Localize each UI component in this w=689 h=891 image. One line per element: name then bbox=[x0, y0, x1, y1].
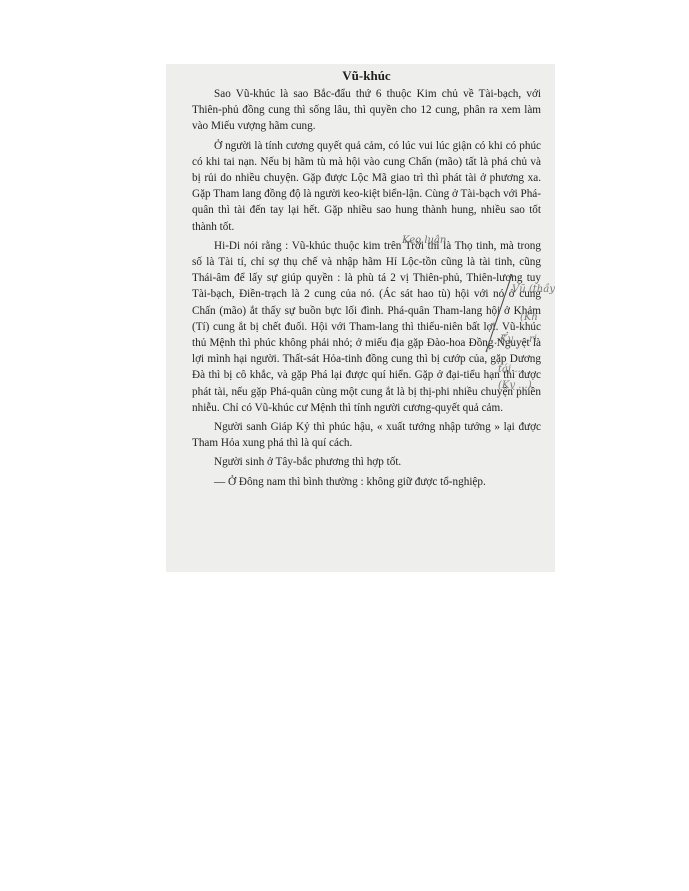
handwritten-margin-note-2: (Kh bbox=[520, 312, 538, 323]
paragraph-intro: Sao Vũ-khúc là sao Bắc-đẩu thứ 6 thuộc K… bbox=[192, 86, 541, 135]
paragraph-giap-ky: Người sanh Giáp Kỷ thì phúc hậu, « xuất … bbox=[192, 419, 541, 451]
paragraph-dong-nam: — Ở Đông nam thì bình thường : không giữ… bbox=[192, 474, 541, 490]
page-title: Vũ-khúc bbox=[192, 68, 541, 84]
paragraph-tay-bac: Người sinh ở Tây-bắc phương thì hợp tốt. bbox=[192, 454, 541, 470]
handwritten-margin-note-4: tái ... bbox=[498, 364, 524, 375]
handwritten-inline-note: Keo luận bbox=[402, 235, 446, 246]
handwritten-margin-note-5: (Kỵ ...) bbox=[498, 380, 532, 391]
paragraph-personality: Ở người là tính cương quyết quả cảm, có … bbox=[192, 138, 541, 235]
handwritten-margin-stroke bbox=[480, 270, 520, 360]
